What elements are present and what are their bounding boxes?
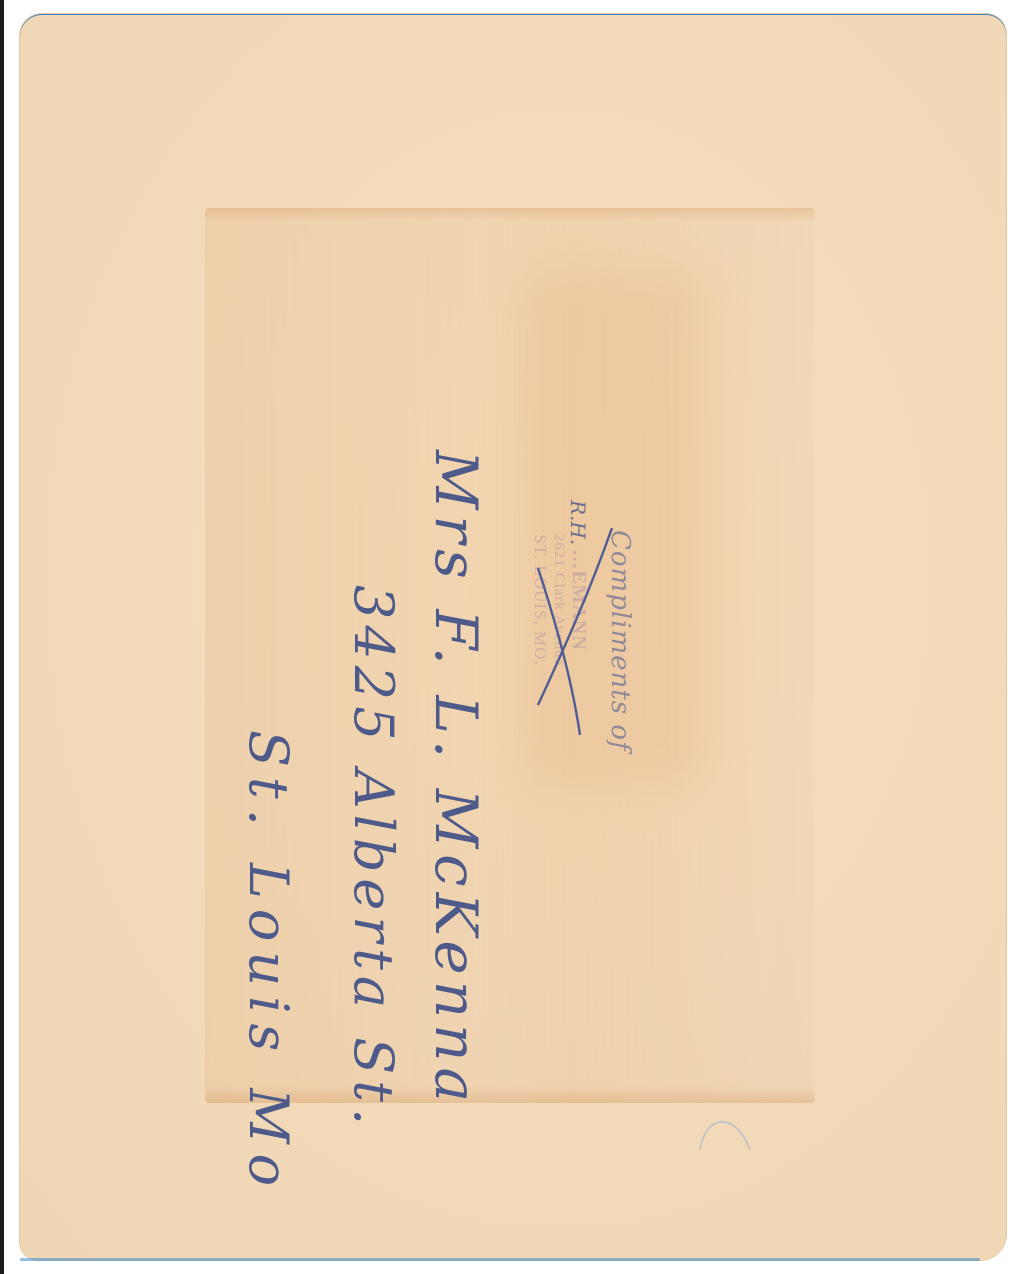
address-city: St. Louis Mo [237,730,300,1196]
pencil-arc-mark [700,1122,750,1150]
address-street: 3425 Alberta St. [342,585,405,1131]
address-name: Mrs F. L. McKenna [422,450,490,1108]
cross-mark [0,0,1024,1274]
